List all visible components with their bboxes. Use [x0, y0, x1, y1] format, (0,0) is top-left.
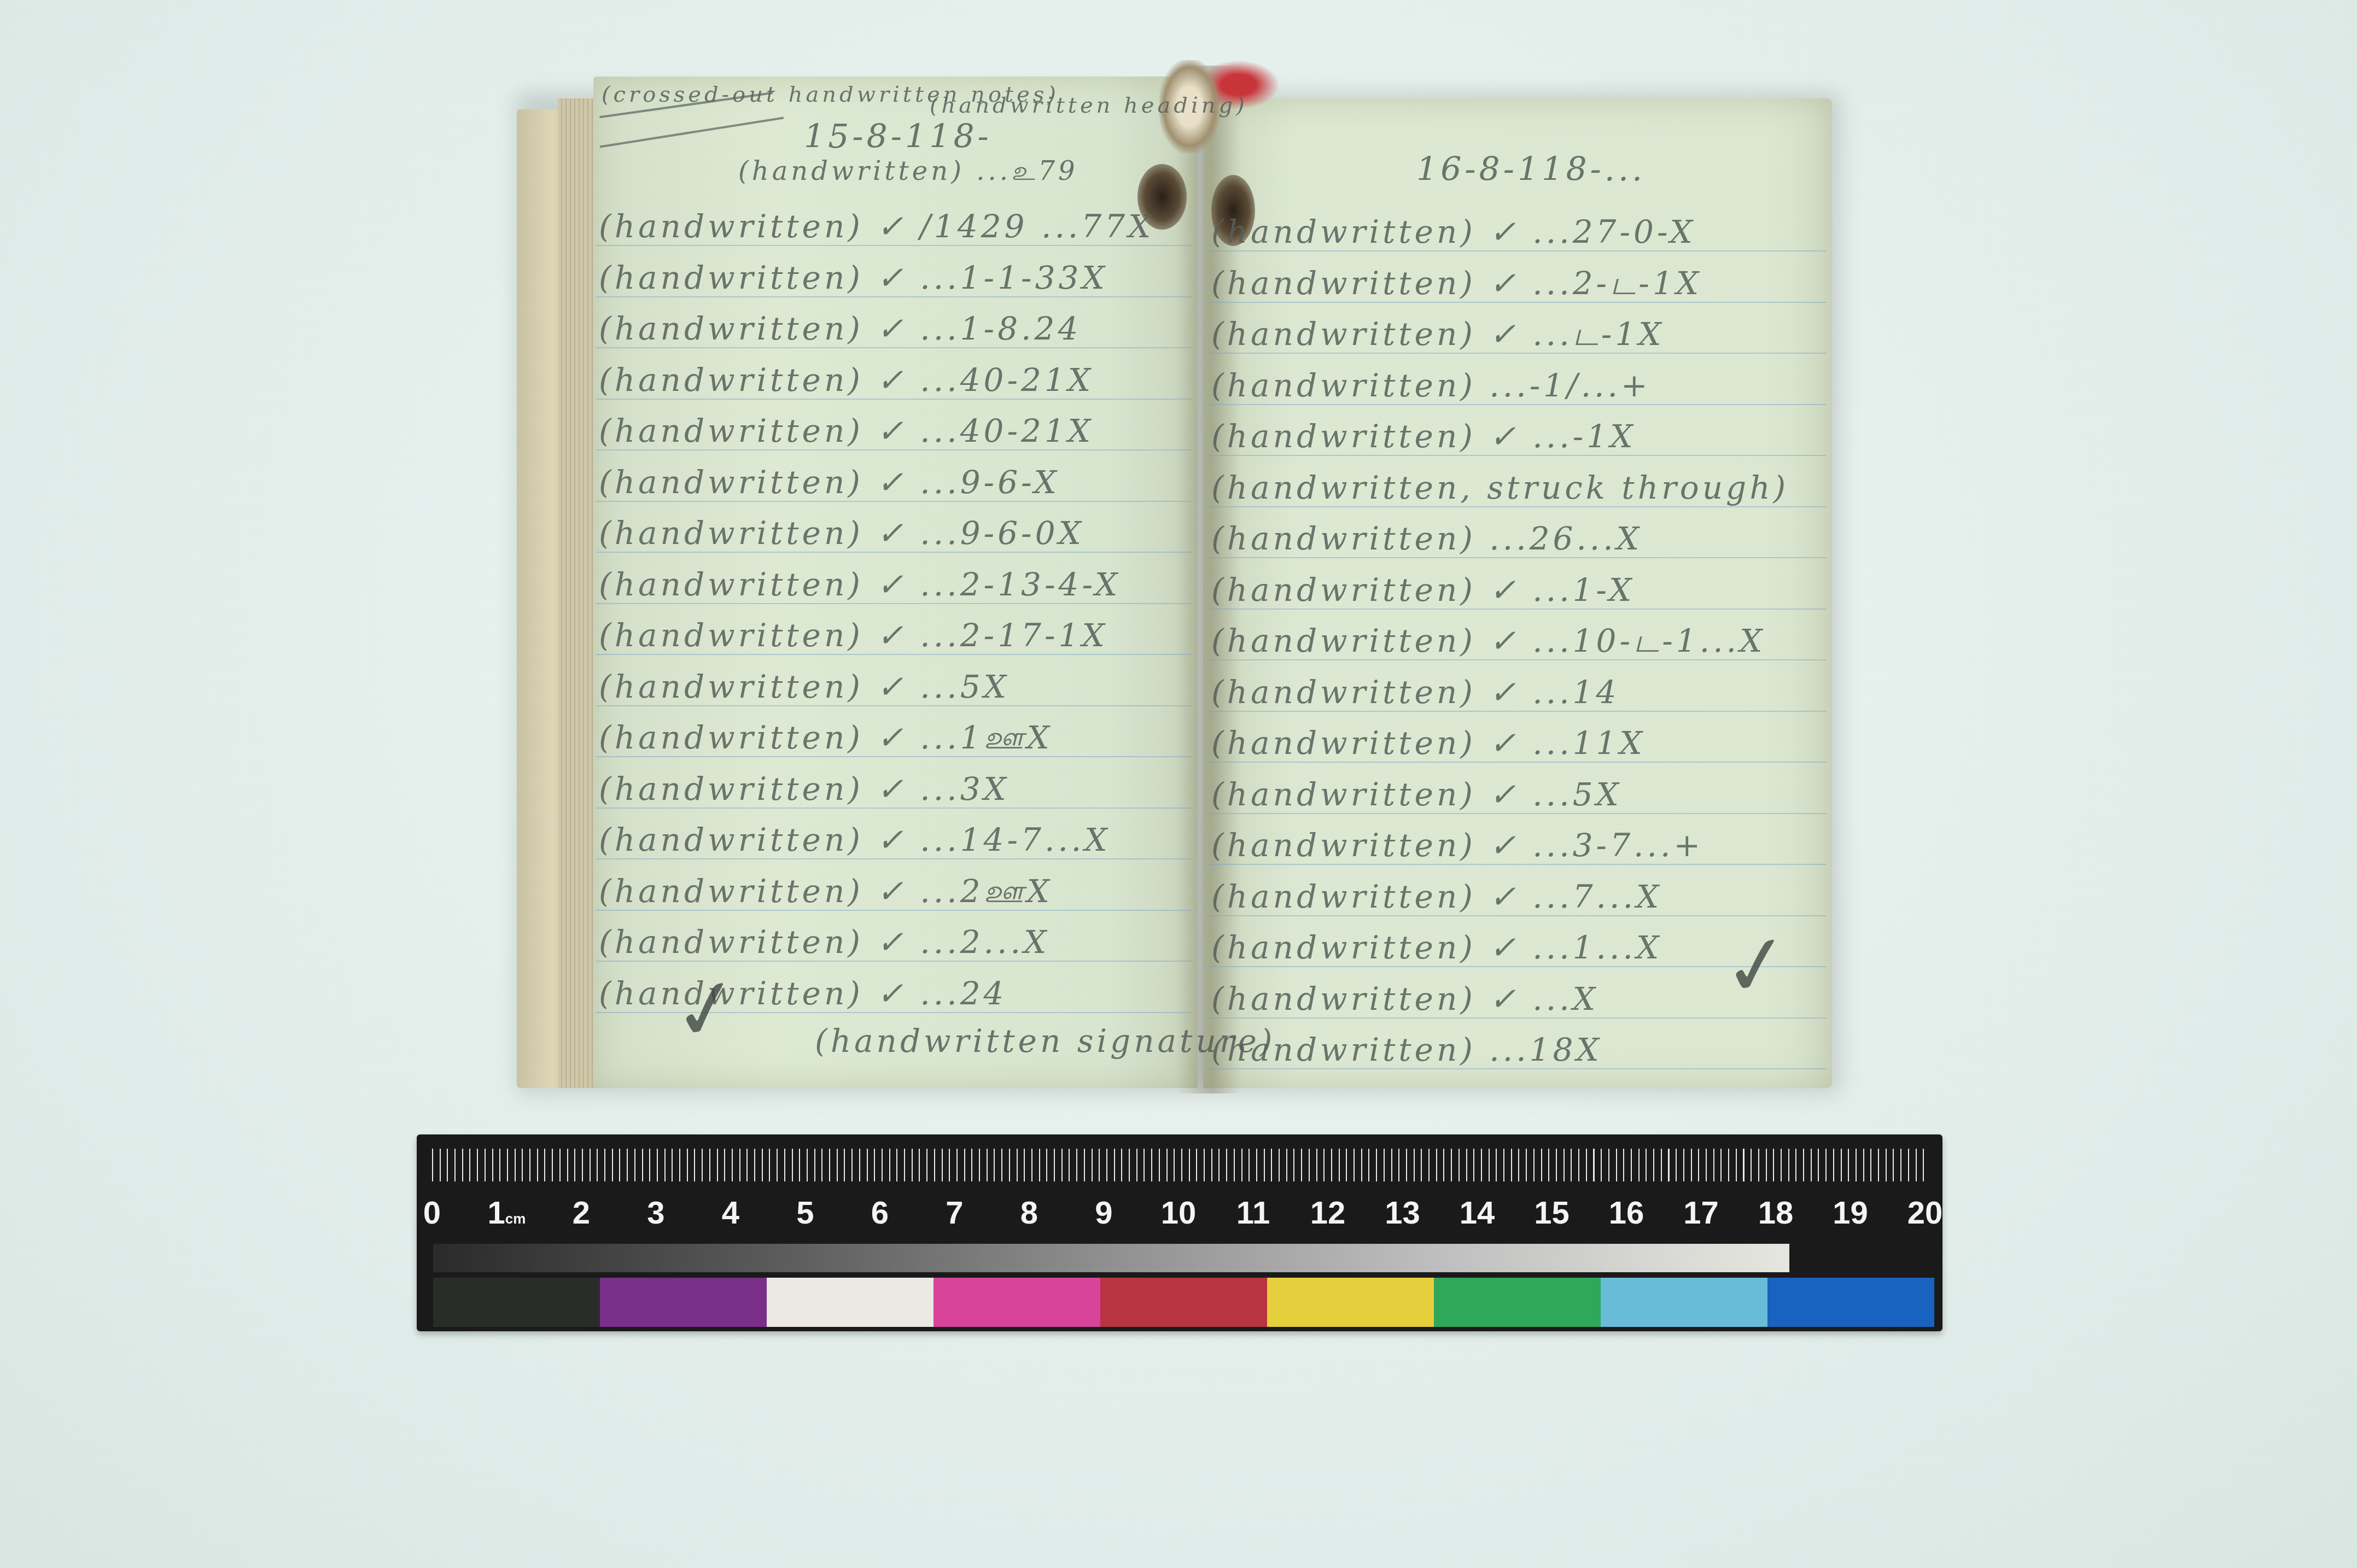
ledger-entry: (handwritten) ...-1/...+	[1211, 367, 1651, 404]
ledger-entry: (handwritten) ✓ ...11X	[1211, 724, 1646, 762]
color-swatch	[600, 1278, 767, 1327]
color-swatch	[433, 1278, 600, 1327]
ruler-labels: 01cm234567891011121314151617181920	[422, 1195, 1932, 1238]
ledger-entry: (handwritten) ✓ ...2-17-1X	[599, 617, 1108, 654]
ruled-line	[1209, 1068, 1827, 1069]
color-swatch	[1267, 1278, 1434, 1327]
color-swatch	[1767, 1278, 1934, 1327]
color-calibration-ruler: 01cm234567891011121314151617181920	[417, 1134, 1942, 1331]
ruler-label: 9	[1095, 1195, 1112, 1231]
ledger-entry: (handwritten) ✓ ...1-1-33X	[599, 259, 1108, 296]
ledger-entry: (handwritten) ✓ ...-1X	[1211, 418, 1636, 455]
ledger-entry: (handwritten) ✓ ...1...X	[1211, 929, 1662, 966]
ledger-entry: (handwritten) ✓ ...5X	[599, 668, 1010, 705]
ruled-line	[1209, 609, 1827, 610]
ruler-label: 4	[722, 1195, 739, 1231]
ledger-entry: (handwritten) ✓ ...40-21X	[599, 412, 1094, 449]
ledger-entry: (handwritten) ...18X	[1211, 1031, 1602, 1068]
ruled-line	[1209, 404, 1827, 405]
color-swatches	[433, 1278, 1934, 1327]
right-date: 16-8-118-...	[1416, 150, 1646, 189]
left-date: 15-8-118-	[804, 118, 992, 156]
large-check-mark: ✓	[1717, 914, 1798, 1018]
ruled-line	[596, 705, 1192, 706]
ruled-line	[596, 399, 1192, 400]
ruler-unit: cm	[505, 1210, 526, 1227]
color-swatch	[1601, 1278, 1767, 1327]
ledger-entry: (handwritten) ✓ ...3-7...+	[1211, 827, 1703, 864]
ruled-line	[1209, 864, 1827, 865]
ruled-line	[596, 961, 1192, 962]
left-footer-signature: (handwritten signature)	[815, 1022, 1275, 1060]
ledger-entry: (handwritten) ✓ ...2-ட-1X	[1211, 265, 1702, 306]
ruled-line	[596, 552, 1192, 553]
ruler-ticks	[432, 1149, 1930, 1181]
ledger-entry: (handwritten) ✓ ...7...X	[1211, 878, 1662, 915]
ruler-label: 13	[1385, 1195, 1420, 1231]
ledger-entry: (handwritten) ...26...X	[1211, 520, 1642, 557]
ruled-line	[596, 245, 1192, 246]
ruled-line	[596, 296, 1192, 297]
ledger-entry: (handwritten) ✓ ...24	[599, 975, 1007, 1012]
ruler-label: 19	[1833, 1195, 1868, 1231]
ruler-label: 3	[647, 1195, 664, 1231]
ruler-label: 8	[1020, 1195, 1038, 1231]
left-top-note: (handwritten heading)	[930, 93, 1248, 118]
ruled-line	[596, 347, 1192, 348]
ledger-entry: (handwritten) ✓ ...3X	[599, 770, 1010, 808]
ruled-line	[1209, 711, 1827, 712]
ruler-label: 6	[871, 1195, 889, 1231]
ruled-line	[1209, 506, 1827, 507]
ledger-entry: (handwritten) ✓ ...1-8.24	[599, 310, 1081, 347]
ruled-line	[596, 858, 1192, 859]
ruler-label: 1cm	[488, 1195, 526, 1231]
ruled-line	[1209, 557, 1827, 558]
ruled-line	[1209, 813, 1827, 814]
ruled-line	[596, 449, 1192, 450]
ruler-label: 0	[423, 1195, 441, 1231]
color-swatch	[767, 1278, 934, 1327]
ledger-entry: (handwritten) ✓ ...ட-1X	[1211, 315, 1665, 357]
ruler-label: 11	[1236, 1195, 1270, 1231]
color-swatch	[934, 1278, 1100, 1327]
ledger-entry: (handwritten) ✓ ...2ஊX	[599, 873, 1053, 914]
grayscale-strip	[433, 1244, 1789, 1272]
ledger-entry: (handwritten) ✓ ...40-21X	[599, 361, 1094, 399]
ruler-label: 17	[1683, 1195, 1719, 1231]
ruler-label: 10	[1161, 1195, 1197, 1231]
ruler-label: 20	[1907, 1195, 1943, 1231]
ledger-entry: (handwritten) ✓ ...X	[1211, 980, 1598, 1017]
ledger-entry: (handwritten) ✓ ...2...X	[599, 923, 1049, 961]
left-subtitle: (handwritten) ...உ79	[738, 156, 1078, 190]
ruled-line	[596, 654, 1192, 655]
ledger-entry: (handwritten) ✓ ...1-X	[1211, 571, 1635, 609]
ledger-entry: (handwritten) ✓ ...9-6-X	[599, 464, 1060, 501]
ruled-line	[596, 603, 1192, 604]
ruler-label: 5	[796, 1195, 814, 1231]
ledger-entry: (handwritten) ✓ ...9-6-0X	[599, 514, 1084, 552]
ledger-entry: (handwritten) ✓ ...14-7...X	[599, 821, 1111, 858]
color-swatch	[1434, 1278, 1601, 1327]
ruled-line	[1209, 762, 1827, 763]
ruler-label: 7	[946, 1195, 963, 1231]
ledger-entry: (handwritten) ✓ ...27-0-X	[1211, 213, 1696, 250]
color-swatch	[1100, 1278, 1267, 1327]
ledger-entry: (handwritten) ✓ ...14	[1211, 674, 1619, 711]
ledger-entry: (handwritten) ✓ ...10-ட-1...X	[1211, 622, 1765, 664]
ruler-label: 12	[1310, 1195, 1346, 1231]
ruler-label: 15	[1534, 1195, 1570, 1231]
ruled-line	[1209, 250, 1827, 251]
ledger-entry: (handwritten) ✓ /1429 ...77X	[599, 208, 1154, 245]
ledger-entry: (handwritten) ✓ ...5X	[1211, 776, 1622, 813]
ledger-entry: (handwritten) ✓ ...2-13-4-X	[599, 566, 1121, 603]
ruled-line	[596, 501, 1192, 502]
ruler-label: 16	[1609, 1195, 1644, 1231]
ruled-line	[596, 808, 1192, 809]
ruled-line	[1209, 455, 1827, 456]
ruled-line	[1209, 915, 1827, 916]
ledger-entry: (handwritten, struck through)	[1211, 469, 1789, 506]
ruler-label: 18	[1758, 1195, 1794, 1231]
ledger-entry: (handwritten) ✓ ...1ஊX	[599, 719, 1053, 760]
ruler-label: 14	[1460, 1195, 1495, 1231]
ruler-label: 2	[573, 1195, 590, 1231]
